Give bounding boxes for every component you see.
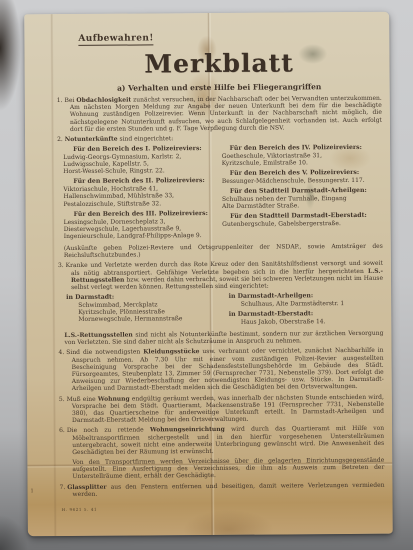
district-3-heading: Für den Bereich des III. Polizeireviers: (74, 210, 221, 219)
shelter-entry: Kyritzschule, Emilstraße 10. (222, 159, 383, 167)
shelter-group-district-2: Für den Bereich des II. Polizeireviers: … (57, 177, 220, 207)
paragraph-5-text: Muß eine (67, 395, 98, 402)
paragraph-2-rest: sind eingerichtet: (118, 135, 174, 142)
paragraph-1: 1.Bei Obdachlosigkeit zunächst versuchen… (57, 95, 382, 133)
rescue-entry: Schulhaus, Alte Darmstädterstr. 1 (241, 300, 384, 308)
paragraph-5-keyword: Wohnung (98, 395, 130, 402)
paragraph-4-number: 4. (59, 349, 65, 356)
rescue-group-darmstadt: in Darmstadt: Schwimmbad, Merckplatz Kyr… (58, 293, 221, 323)
paragraph-3: 3.Kranke und Verletzte werden durch das … (58, 260, 383, 291)
rescue-group-eberstadt: in Darmstadt-Eberstadt: Haus Jakob, Ober… (221, 310, 384, 326)
shelter-group-district-5: Für den Bereich des V. Polizeireviers: B… (220, 169, 383, 185)
shelter-column-left: Für den Bereich des I. Polizeireviers: L… (57, 145, 220, 243)
paragraph-2: 2.Notunterkünfte sind eingerichtet: (57, 134, 382, 143)
shelter-group-eberstadt: Für den Stadtteil Darmstadt-Eberstadt: G… (220, 212, 383, 228)
keep-notice: Aufbewahren! (78, 33, 153, 46)
shelter-group-district-4: Für den Bereich des IV. Polizeireviers: … (220, 144, 383, 167)
paragraph-4: 4.Sind die notwendigsten Kleidungsstücke… (59, 347, 384, 392)
shelter-entry: Ingenieurschule, Landgraf-Philipps-Anlag… (64, 232, 221, 240)
page-subtitle: a) Verhalten und erste Hilfe bei Flieger… (57, 82, 382, 93)
document-content: Aufbewahren! Merkblatt a) Verhalten und … (24, 12, 393, 537)
paragraph-5: 5.Muß eine Wohnung endgültig geräumt wer… (59, 393, 384, 424)
paragraph-1-text: Bei (64, 97, 76, 104)
shelter-entry: Gutenbergschule, Gabelsbergerstraße. (222, 220, 383, 228)
paragraph-7-rest: aus den Fenstern entfernen und beseitige… (73, 481, 385, 497)
paragraph-7-number: 7. (59, 484, 65, 491)
paragraph-6-number: 6. (59, 427, 65, 434)
document-sheet: Aufbewahren! Merkblatt a) Verhalten und … (24, 12, 393, 537)
shelter-column-right: Für den Bereich des IV. Polizeireviers: … (220, 144, 383, 242)
paragraph-7: 7.Glassplitter aus den Fenstern entferne… (59, 481, 384, 498)
shelter-entry: Horst-Wessel-Schule, Ringstr. 22. (63, 167, 220, 175)
rescue-note: L.S.-Rettungsstellen sind nicht als Notu… (58, 330, 383, 347)
shelter-group-district-1: Für den Bereich des I. Polizeireviers: L… (57, 145, 220, 175)
rescue-column-right: in Darmstadt-Arheilgen: Schulhaus, Alte … (221, 292, 384, 329)
rescue-columns: in Darmstadt: Schwimmbad, Merckplatz Kyr… (58, 292, 383, 330)
shelter-entry: Alte Darmstädter Straße. (222, 202, 383, 210)
info-note: (Auskünfte geben Polizei-Reviere und Ort… (58, 243, 383, 260)
paragraph-6: 6.Die noch zu rettende Wohnungseinrichtu… (59, 425, 384, 456)
page-mark: 1 (30, 488, 33, 494)
shelter-entry: Pestalozzischule, Stiftstraße 32. (63, 199, 220, 207)
paragraph-3-number: 3. (58, 262, 64, 269)
shadow-top-left (0, 0, 26, 120)
paragraph-1-number: 1. (57, 97, 63, 104)
paragraph-2-number: 2. (57, 136, 63, 143)
page-title: Merkblatt (56, 48, 381, 79)
rescue-entry: Haus Jakob, Oberstraße 14. (241, 318, 384, 326)
paragraph-7-keyword: Glassplitter (67, 483, 106, 490)
shelter-columns: Für den Bereich des I. Polizeireviers: L… (57, 144, 383, 243)
photo-backdrop: Aufbewahren! Merkblatt a) Verhalten und … (0, 0, 413, 550)
shelter-group-arheilgen: Für den Stadtteil Darmstadt-Arheilgen: S… (220, 187, 383, 210)
paragraph-2-keyword: Notunterkünfte (65, 136, 118, 143)
paragraph-5-number: 5. (59, 396, 65, 403)
rescue-column-left: in Darmstadt: Schwimmbad, Merckplatz Kyr… (58, 293, 221, 330)
shelter-entry: Bessunger-Mädchenschule, Bessungerstr. 1… (222, 177, 383, 185)
printer-code: H. 9621 5. 41 (62, 505, 385, 512)
shelter-group-district-3: Für den Bereich des III. Polizeireviers:… (58, 210, 221, 240)
paragraph-6-continuation: Von den Transportfirmen werden Verzeichn… (72, 457, 384, 481)
rescue-group-arheilgen: in Darmstadt-Arheilgen: Schulhaus, Alte … (221, 292, 384, 308)
rescue-entry: Mornewegschule, Hermannstraße (78, 315, 221, 323)
